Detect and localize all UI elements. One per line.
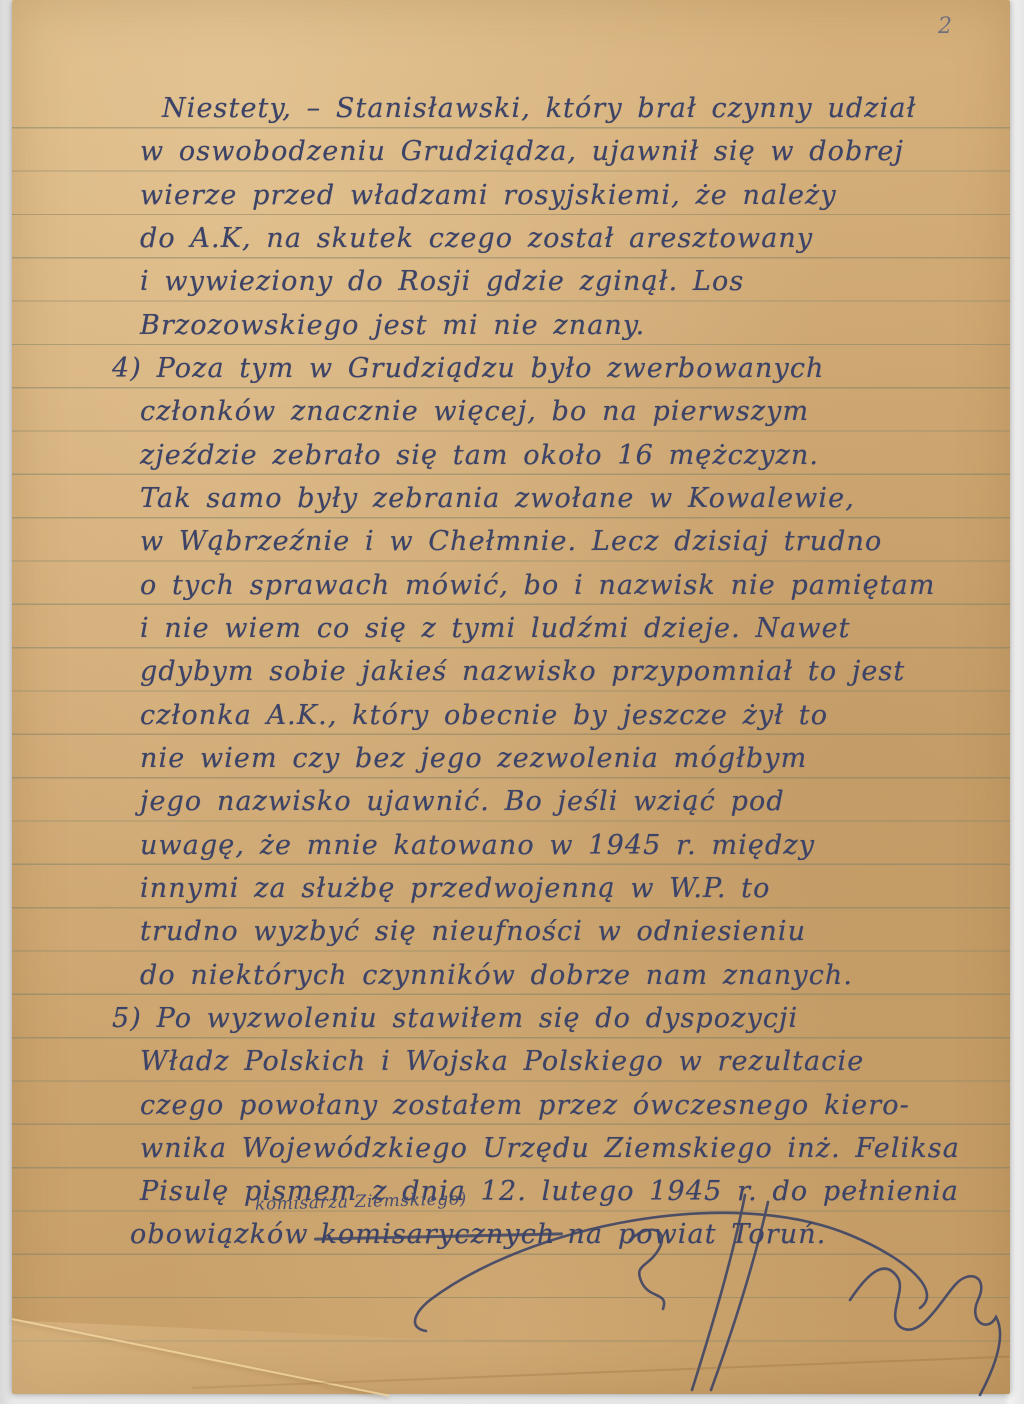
handwriting-line: do niektórych czynników dobrze nam znany… <box>140 955 853 998</box>
handwriting-line: innymi za służbę przedwojenną w W.P. to <box>140 868 771 911</box>
handwriting-line: o tych sprawach mówić, bo i nazwisk nie … <box>140 565 936 608</box>
handwriting-line: gdybym sobie jakieś nazwisko przypomniał… <box>140 651 905 694</box>
final-line-after: na powiat Toruń. <box>567 1219 826 1250</box>
handwriting-line: Niestety, – Stanisławski, który brał czy… <box>162 88 916 131</box>
handwriting-line: Tak samo były zebrania zwołane w Kowalew… <box>140 478 855 521</box>
paper-crease <box>12 1318 390 1397</box>
handwriting-line: wierze przed władzami rosyjskiemi, że na… <box>140 175 837 218</box>
handwriting-line: nie wiem czy bez jego zezwolenia mógłbym <box>140 738 807 781</box>
handwriting-line: i nie wiem co się z tymi ludźmi dzieje. … <box>140 608 851 651</box>
handwriting-line: w oswobodzeniu Grudziądza, ujawnił się w… <box>140 131 904 174</box>
final-line-before: obowiązków <box>130 1219 309 1250</box>
handwriting-line: Władz Polskich i Wojska Polskiego w rezu… <box>140 1041 864 1084</box>
handwriting-line: czego powołany zostałem przez ówczesnego… <box>140 1085 910 1128</box>
handwriting-line-final: obowiązkówkomisarycznychna powiat Toruń. <box>130 1214 826 1257</box>
handwriting-line: Brzozowskiego jest mi nie znany. <box>140 305 645 348</box>
page-number: 2 <box>938 14 952 39</box>
handwriting-line: członków znacznie więcej, bo na pierwszy… <box>140 391 809 434</box>
handwriting-line: trudno wyzbyć się nieufności w odniesien… <box>140 911 806 954</box>
handwriting-line: do A.K, na skutek czego został aresztowa… <box>140 218 813 261</box>
handwriting-line: i wywieziony do Rosji gdzie zginął. Los <box>140 261 744 304</box>
handwriting-line: jego nazwisko ujawnić. Bo jeśli wziąć po… <box>140 781 785 824</box>
handwriting-line: w Wąbrzeźnie i w Chełmnie. Lecz dzisiaj … <box>140 521 882 564</box>
handwriting-line: 4) Poza tym w Grudziądzu było zwerbowany… <box>112 348 825 391</box>
struck-word: komisarycznych <box>321 1214 556 1255</box>
handwriting-line: wnika Wojewódzkiego Urzędu Ziemskiego in… <box>140 1128 960 1171</box>
handwriting-line: członka A.K., który obecnie by jeszcze ż… <box>140 695 828 738</box>
handwriting-line: 5) Po wyzwoleniu stawiłem się do dyspozy… <box>112 998 798 1041</box>
document-page: 2 Niestety, – Stanisławski, który brał c… <box>12 0 1010 1394</box>
handwriting-line: zjeździe zebrało się tam około 16 mężczy… <box>140 435 819 478</box>
paper-crease <box>192 1356 1009 1389</box>
handwriting-line: uwagę, że mnie katowano w 1945 r. między <box>140 825 815 868</box>
